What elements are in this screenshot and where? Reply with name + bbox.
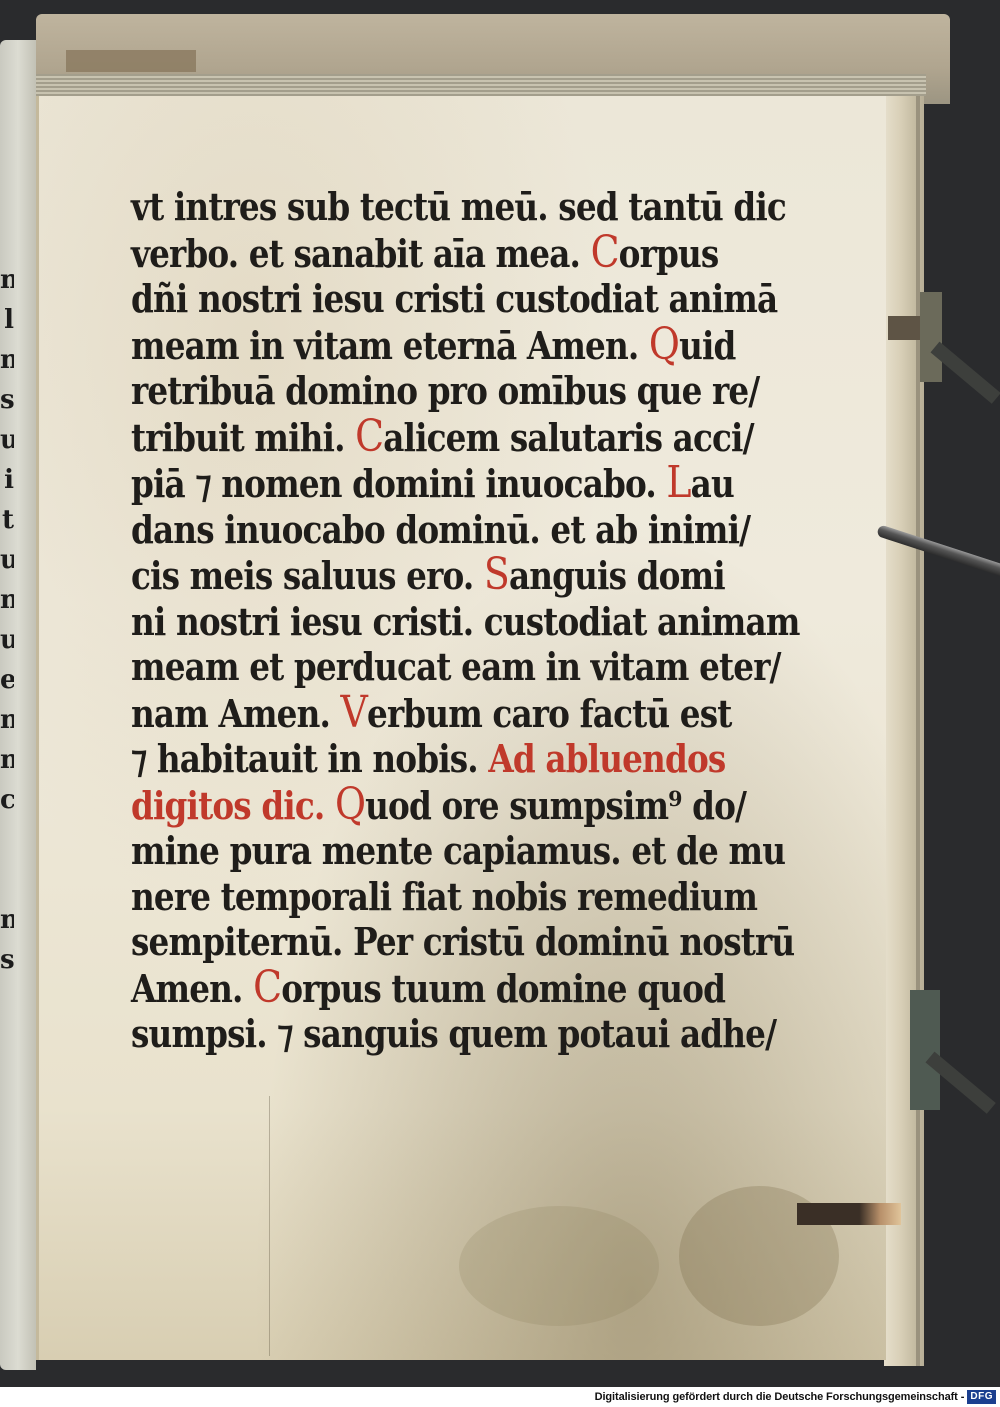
rubricated-initial: L xyxy=(666,460,690,506)
text-segment: orpus xyxy=(619,231,719,276)
rubricated-initial: C xyxy=(253,965,281,1011)
text-line: dñi nostri iesu cristi custodiat animā xyxy=(131,276,716,322)
dfg-logo: DFG xyxy=(967,1390,996,1404)
text-line: piā ⁊ nomen domini inuocabo. Lau xyxy=(131,460,716,507)
text-segment: meam in vitam eternā Amen. xyxy=(131,323,649,368)
text-segment: sempiternū. Per cristū dominū nostrū xyxy=(131,919,794,964)
cover-tab xyxy=(66,50,196,72)
text-segment: anguis domi xyxy=(509,553,725,598)
text-segment: uid xyxy=(679,323,735,368)
text-line: digitos dic. Quod ore sumpsim⁹ do/ xyxy=(131,782,716,829)
text-line: ni nostri iesu cristi. custodiat animam xyxy=(131,599,716,645)
rubricated-initial: C xyxy=(355,414,383,460)
text-line: sempiternū. Per cristū dominū nostrū xyxy=(131,919,716,965)
text-segment: verbo. et sanabit aīa mea. xyxy=(131,231,591,276)
text-line: tribuit mihi. Calicem salutaris acci/ xyxy=(131,414,716,461)
text-segment: nam Amen. xyxy=(131,691,341,736)
text-line: mine pura mente capiamus. et de mu xyxy=(131,828,716,874)
text-line: dans inuocabo dominū. et ab inimi/ xyxy=(131,507,716,553)
text-segment: cis meis saluus ero. xyxy=(131,553,484,598)
rubricated-initial: Q xyxy=(335,782,365,828)
text-line: ⁊ habitauit in nobis. Ad abluendos xyxy=(131,736,716,782)
text-segment: erbum caro factū est xyxy=(367,691,731,736)
text-line: sumpsi. ⁊ sanguis quem potaui adhe/ xyxy=(131,1011,716,1057)
text-segment: Amen. xyxy=(131,966,253,1011)
text-line: nere temporali fiat nobis remedium xyxy=(131,874,716,920)
text-line: vt intres sub tectū meū. sed tantū dic xyxy=(131,184,716,230)
text-segment: ni nostri iesu cristi. custodiat animam xyxy=(131,599,800,644)
water-stain xyxy=(459,1206,659,1326)
folio-page: vt intres sub tectū meū. sed tantū dicve… xyxy=(36,96,886,1360)
text-line: retribuā domino pro omībus que re/ xyxy=(131,368,716,414)
text-segment: uod ore sumpsim⁹ do/ xyxy=(365,783,746,828)
fore-edge-line xyxy=(916,96,920,1366)
text-segment: ⁊ habitauit in nobis. xyxy=(131,736,488,781)
text-segment: dñi nostri iesu cristi custodiat animā xyxy=(131,276,777,321)
rubricated-initial: Q xyxy=(649,322,679,368)
page-marker-tab-lower xyxy=(797,1203,901,1225)
rubricated-initial: C xyxy=(591,230,619,276)
text-segment: meam et perducat eam in vitam eter/ xyxy=(131,644,781,689)
rubric-text: digitos dic. xyxy=(131,783,335,828)
clasp-remnant xyxy=(920,292,942,382)
text-segment: vt intres sub tectū meū. sed tantū dic xyxy=(131,184,786,229)
text-segment: piā ⁊ nomen domini inuocabo. xyxy=(131,461,666,506)
fold-crease xyxy=(269,1096,270,1356)
text-segment: nere temporali fiat nobis remedium xyxy=(131,874,757,919)
text-line: meam in vitam eternā Amen. Quid xyxy=(131,322,716,369)
text-segment: retribuā domino pro omībus que re/ xyxy=(131,368,759,413)
credit-separator: - xyxy=(961,1391,965,1403)
text-segment: sumpsi. ⁊ sanguis quem potaui adhe/ xyxy=(131,1011,776,1056)
text-segment: tribuit mihi. xyxy=(131,415,355,460)
credit-text: Digitalisierung gefördert durch die Deut… xyxy=(595,1391,958,1403)
page-edges-top xyxy=(36,74,926,96)
text-line: Amen. Corpus tuum domine quod xyxy=(131,965,716,1012)
text-segment: orpus tuum domine quod xyxy=(281,966,725,1011)
facing-page-text: n l n s u i t u n u e n n c n s xyxy=(0,260,14,980)
rubric-text: Ad abluendos xyxy=(488,736,725,781)
manuscript-scan: n l n s u i t u n u e n n c n s vt intre… xyxy=(0,0,1000,1387)
text-line: nam Amen. Verbum caro factū est xyxy=(131,690,716,737)
rubricated-initial: V xyxy=(341,690,367,736)
credit-footer: Digitalisierung gefördert durch die Deut… xyxy=(0,1387,1000,1407)
text-line: verbo. et sanabit aīa mea. Corpus xyxy=(131,230,716,277)
facing-page-edge: n l n s u i t u n u e n n c n s xyxy=(0,40,36,1370)
clasp-remnant-lower xyxy=(910,990,940,1110)
text-segment: mine pura mente capiamus. et de mu xyxy=(131,828,785,873)
text-segment: au xyxy=(691,461,734,506)
rubricated-initial: S xyxy=(484,552,509,598)
text-segment: alicem salutaris acci/ xyxy=(383,415,753,460)
text-line: cis meis saluus ero. Sanguis domi xyxy=(131,552,716,599)
text-segment: dans inuocabo dominū. et ab inimi/ xyxy=(131,507,750,552)
text-line: meam et perducat eam in vitam eter/ xyxy=(131,644,716,690)
text-block: vt intres sub tectū meū. sed tantū dicve… xyxy=(131,184,811,1057)
